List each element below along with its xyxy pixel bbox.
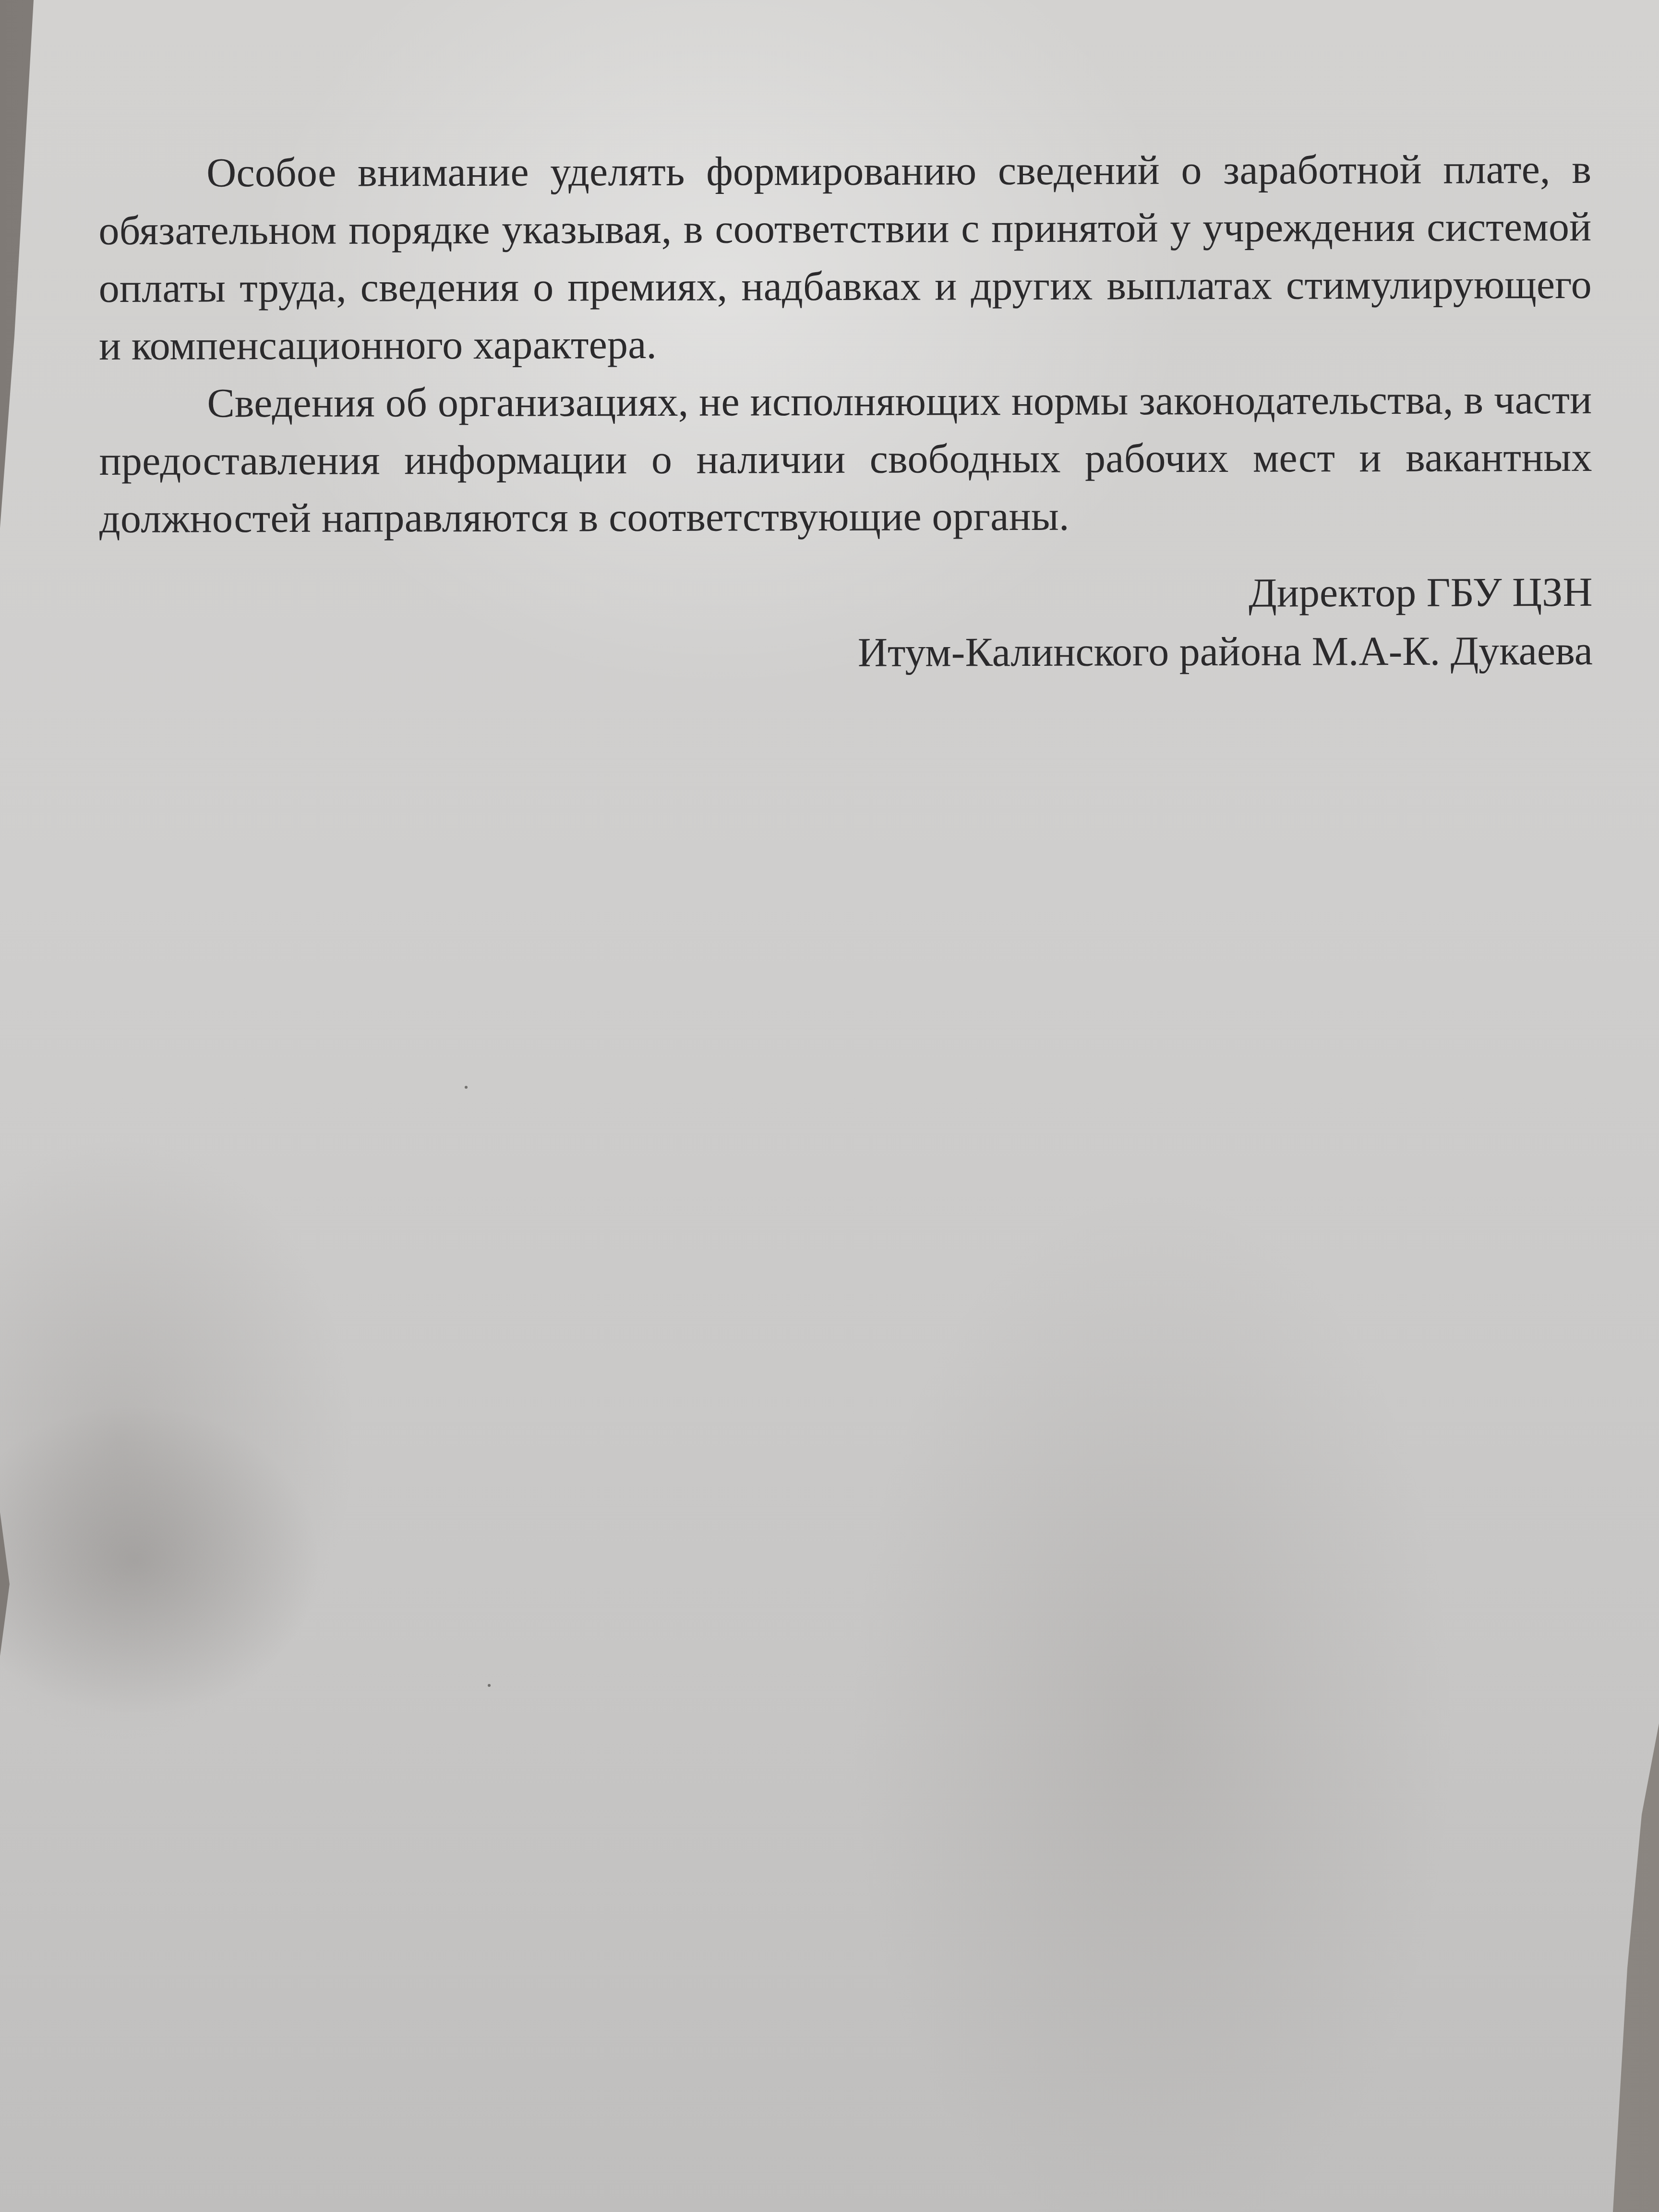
document-body: Особое внимание уделять формированию све… <box>98 140 1592 547</box>
paper-speck <box>465 1086 468 1089</box>
paragraph-salary-info: Особое внимание уделять формированию све… <box>98 140 1592 374</box>
paragraph-organizations-info: Сведения об организациях, не исполняющих… <box>99 371 1592 547</box>
signature-position: Директор ГБУ ЦЗН <box>857 563 1592 623</box>
paper-fold-shadow <box>0 1392 336 1728</box>
paper-sheet: Особое внимание уделять формированию све… <box>0 0 1659 2212</box>
signature-block: Директор ГБУ ЦЗН Итум-Калинского района … <box>857 563 1593 682</box>
paper-speck <box>488 1684 491 1687</box>
signature-name: Итум-Калинского района М.А-К. Дукаева <box>858 621 1593 682</box>
